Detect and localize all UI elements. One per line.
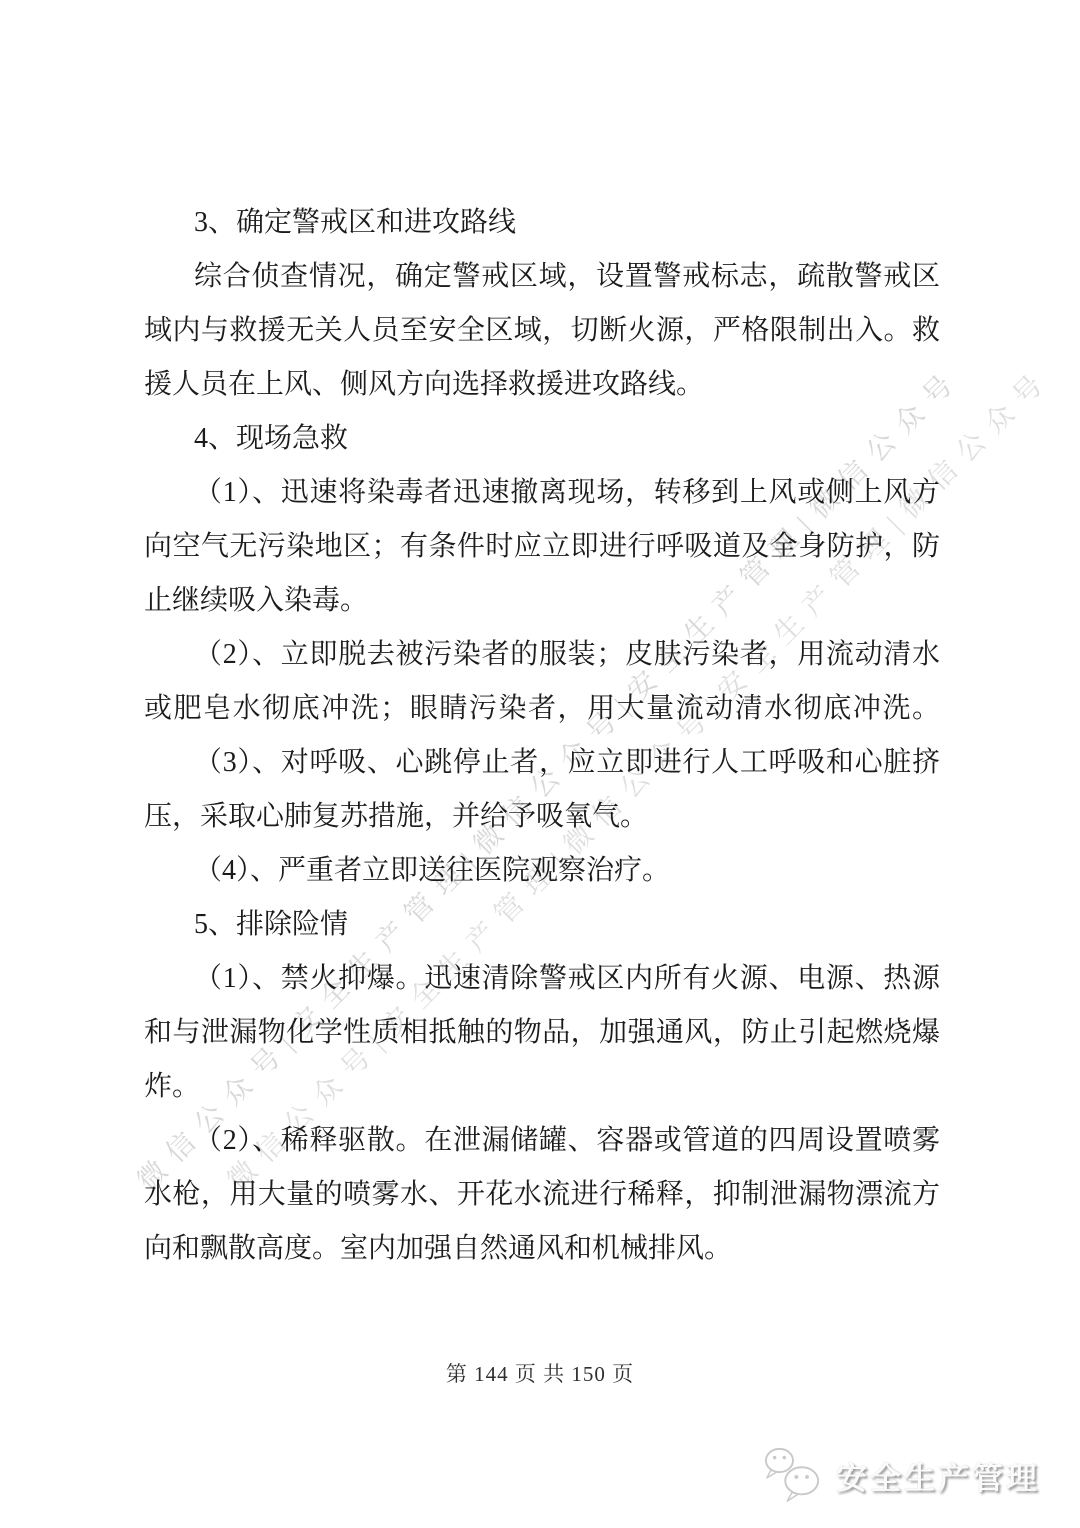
paragraph-line: （1）、迅速将染毒者迅速撤离现场，转移到上风或侧上风方 — [144, 466, 940, 520]
paragraph-line: 和与泄漏物化学性质相抵触的物品，加强通风，防止引起燃烧爆 — [144, 1006, 940, 1060]
wechat-brand-logo: 安全生产管理 — [762, 1446, 1040, 1504]
document-page: 微信公众号|安全生产管理|微信公众号|安全生产管理|微信公众号 微信公众号|安全… — [0, 0, 1080, 1528]
document-body: 3、确定警戒区和进攻路线 综合侦查情况，确定警戒区域，设置警戒标志，疏散警戒区 … — [144, 196, 940, 1276]
heading-line: 5、排除险情 — [144, 898, 940, 952]
brand-name: 安全生产管理 — [836, 1453, 1040, 1498]
paragraph-line: 炸。 — [144, 1060, 940, 1114]
paragraph-line: （2）、稀释驱散。在泄漏储罐、容器或管道的四周设置喷雾 — [144, 1114, 940, 1168]
paragraph-line: 综合侦查情况，确定警戒区域，设置警戒标志，疏散警戒区 — [144, 250, 940, 304]
wechat-icon — [762, 1446, 824, 1504]
paragraph-line: 域内与救援无关人员至安全区域，切断火源，严格限制出入。救 — [144, 304, 940, 358]
paragraph-line: （1）、禁火抑爆。迅速清除警戒区内所有火源、电源、热源 — [144, 952, 940, 1006]
paragraph-line: 或肥皂水彻底冲洗；眼睛污染者，用大量流动清水彻底冲洗。 — [144, 682, 940, 736]
paragraph-line: （2）、立即脱去被污染者的服装；皮肤污染者，用流动清水 — [144, 628, 940, 682]
heading-line: 4、现场急救 — [144, 412, 940, 466]
paragraph-line: （4）、严重者立即送往医院观察治疗。 — [144, 844, 940, 898]
paragraph-line: 向和飘散高度。室内加强自然通风和机械排风。 — [144, 1222, 940, 1276]
paragraph-line: 向空气无污染地区；有条件时应立即进行呼吸道及全身防护，防 — [144, 520, 940, 574]
heading-line: 3、确定警戒区和进攻路线 — [144, 196, 940, 250]
paragraph-line: 压，采取心肺复苏措施，并给予吸氧气。 — [144, 790, 940, 844]
paragraph-line: 止继续吸入染毒。 — [144, 574, 940, 628]
page-number: 第 144 页 共 150 页 — [0, 1358, 1080, 1388]
paragraph-line: 水枪，用大量的喷雾水、开花水流进行稀释，抑制泄漏物漂流方 — [144, 1168, 940, 1222]
paragraph-line: 援人员在上风、侧风方向选择救援进攻路线。 — [144, 358, 940, 412]
paragraph-line: （3）、对呼吸、心跳停止者，应立即进行人工呼吸和心脏挤 — [144, 736, 940, 790]
